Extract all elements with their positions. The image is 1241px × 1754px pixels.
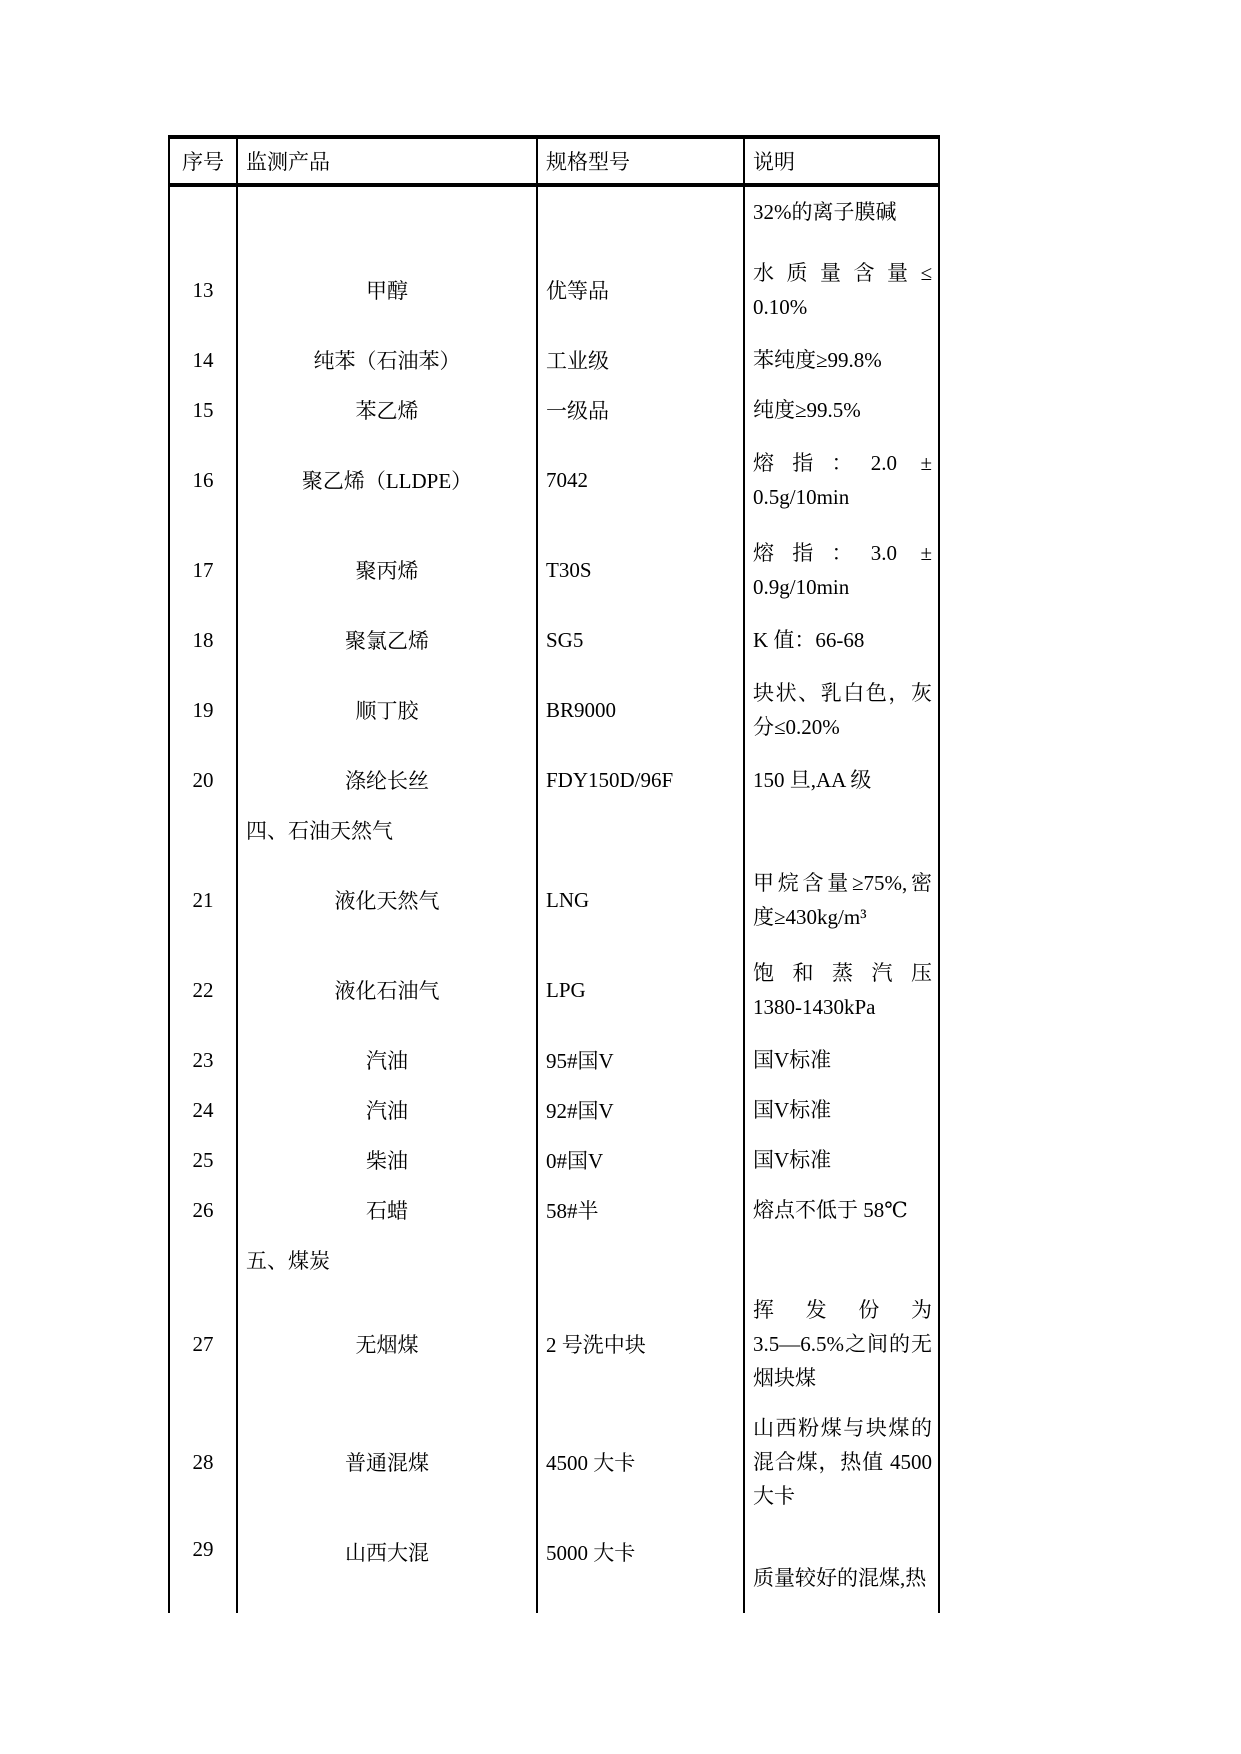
desc-line: 3.5—6.5%之间的无	[753, 1327, 932, 1361]
spec-cell: 工业级	[538, 335, 745, 385]
spec-cell: 2 号洗中块	[538, 1285, 745, 1403]
desc-line: 国V标准	[753, 1043, 932, 1077]
product-cell: 石蜡	[238, 1185, 538, 1235]
spec-cell: 92#国V	[538, 1085, 745, 1135]
desc-line: 纯度≥99.5%	[753, 393, 932, 427]
desc-line: 烟块煤	[753, 1361, 932, 1395]
desc-line: 大卡	[753, 1479, 932, 1513]
row-number-cell: 19	[168, 665, 238, 755]
desc-line: 挥发份为	[753, 1293, 932, 1327]
desc-line: 32%的离子膜碱	[753, 195, 932, 229]
row-number-cell: 14	[168, 335, 238, 385]
product-cell: 聚氯乙烯	[238, 615, 538, 665]
product-cell: 聚丙烯	[238, 525, 538, 615]
table-row: 22液化石油气LPG饱和蒸汽压1380-1430kPa	[168, 945, 940, 1035]
product-cell: 甲醇	[238, 245, 538, 335]
row-number-cell: 20	[168, 755, 238, 805]
desc-cell: 国V标准	[745, 1135, 940, 1185]
desc-line: 0.9g/10min	[753, 570, 932, 604]
row-number-cell: 16	[168, 435, 238, 525]
desc-cell: K 值：66-68	[745, 615, 940, 665]
row-number-cell: 17	[168, 525, 238, 615]
header-cell-product: 监测产品	[238, 139, 538, 183]
table-row: 21液化天然气LNG甲烷含量≥75%,密度≥430kg/m³	[168, 855, 940, 945]
spec-cell: T30S	[538, 525, 745, 615]
desc-line: 国V标准	[753, 1093, 932, 1127]
table-row: 27无烟煤2 号洗中块挥发份为3.5—6.5%之间的无烟块煤	[168, 1285, 940, 1403]
spec-cell	[538, 805, 745, 855]
desc-line: 熔点不低于 58℃	[753, 1193, 932, 1227]
desc-cell: 饱和蒸汽压1380-1430kPa	[745, 945, 940, 1035]
row-number-cell	[168, 187, 238, 245]
header-cell-spec: 规格型号	[538, 139, 745, 183]
product-cell: 柴油	[238, 1135, 538, 1185]
product-cell: 苯乙烯	[238, 385, 538, 435]
row-number-cell: 29	[168, 1521, 238, 1613]
desc-cell: 甲烷含量≥75%,密度≥430kg/m³	[745, 855, 940, 945]
row-number-cell: 15	[168, 385, 238, 435]
spec-cell: 5000 大卡	[538, 1521, 745, 1613]
spec-cell: 7042	[538, 435, 745, 525]
product-cell: 顺丁胶	[238, 665, 538, 755]
product-cell: 山西大混	[238, 1521, 538, 1613]
spec-cell	[538, 187, 745, 245]
product-cell: 液化石油气	[238, 945, 538, 1035]
desc-line: 0.5g/10min	[753, 480, 932, 514]
desc-line: 苯纯度≥99.8%	[753, 343, 932, 377]
table-row: 14纯苯（石油苯）工业级苯纯度≥99.8%	[168, 335, 940, 385]
desc-line: 块状、乳白色，灰	[753, 676, 932, 710]
document-page: 序号 监测产品 规格型号 说明 32%的离子膜碱13甲醇优等品水质量含量≤0.1…	[0, 0, 1241, 1754]
product-cell: 涤纶长丝	[238, 755, 538, 805]
product-cell: 聚乙烯（LLDPE）	[238, 435, 538, 525]
desc-cell: 熔指：2.0 ±0.5g/10min	[745, 435, 940, 525]
spec-cell	[538, 1235, 745, 1285]
spec-cell: 4500 大卡	[538, 1403, 745, 1521]
product-cell: 普通混煤	[238, 1403, 538, 1521]
row-number-cell: 13	[168, 245, 238, 335]
row-number-cell: 26	[168, 1185, 238, 1235]
spec-cell: LPG	[538, 945, 745, 1035]
row-number-cell: 25	[168, 1135, 238, 1185]
desc-line: 分≤0.20%	[753, 710, 932, 744]
table-row: 23汽油95#国V国V标准	[168, 1035, 940, 1085]
product-cell: 汽油	[238, 1085, 538, 1135]
row-number-cell: 21	[168, 855, 238, 945]
desc-line: 国V标准	[753, 1143, 932, 1177]
section-row: 五、煤炭	[168, 1235, 940, 1285]
table-row: 18聚氯乙烯SG5K 值：66-68	[168, 615, 940, 665]
table-row: 20涤纶长丝FDY150D/96F150 旦,AA 级	[168, 755, 940, 805]
table-row: 28普通混煤4500 大卡山西粉煤与块煤的混合煤，热值 4500大卡	[168, 1403, 940, 1521]
row-number-cell: 23	[168, 1035, 238, 1085]
desc-cell: 熔指：3.0 ±0.9g/10min	[745, 525, 940, 615]
desc-cell: 挥发份为3.5—6.5%之间的无烟块煤	[745, 1285, 940, 1403]
product-cell: 无烟煤	[238, 1285, 538, 1403]
desc-cell: 苯纯度≥99.8%	[745, 335, 940, 385]
desc-cell	[745, 805, 940, 855]
table-row: 24汽油92#国V国V标准	[168, 1085, 940, 1135]
spec-cell: 58#半	[538, 1185, 745, 1235]
spec-cell: 95#国V	[538, 1035, 745, 1085]
desc-cell: 32%的离子膜碱	[745, 187, 940, 245]
table-row: 32%的离子膜碱	[168, 187, 940, 245]
desc-line: 水质量含量≤	[753, 256, 932, 290]
desc-cell: 国V标准	[745, 1035, 940, 1085]
spec-cell: 优等品	[538, 245, 745, 335]
spec-cell: BR9000	[538, 665, 745, 755]
row-number-cell: 24	[168, 1085, 238, 1135]
desc-cell	[745, 1235, 940, 1285]
table-row: 13甲醇优等品水质量含量≤0.10%	[168, 245, 940, 335]
product-cell: 液化天然气	[238, 855, 538, 945]
row-number-cell	[168, 805, 238, 855]
spec-cell: LNG	[538, 855, 745, 945]
desc-line: K 值：66-68	[753, 623, 932, 657]
desc-line: 熔指：3.0 ±	[753, 536, 932, 570]
row-number-cell	[168, 1235, 238, 1285]
desc-line: 混合煤，热值 4500	[753, 1445, 932, 1479]
spec-cell: SG5	[538, 615, 745, 665]
table-header: 序号 监测产品 规格型号 说明	[168, 135, 940, 187]
desc-line: 质量较好的混煤,热	[753, 1561, 932, 1595]
table-row: 19顺丁胶BR9000块状、乳白色，灰分≤0.20%	[168, 665, 940, 755]
product-cell: 纯苯（石油苯）	[238, 335, 538, 385]
row-number-cell: 27	[168, 1285, 238, 1403]
product-cell: 汽油	[238, 1035, 538, 1085]
table-body: 32%的离子膜碱13甲醇优等品水质量含量≤0.10%14纯苯（石油苯）工业级苯纯…	[168, 187, 940, 1613]
product-cell	[238, 187, 538, 245]
table-row: 26石蜡58#半熔点不低于 58℃	[168, 1185, 940, 1235]
desc-cell: 质量较好的混煤,热	[745, 1521, 940, 1613]
desc-cell: 熔点不低于 58℃	[745, 1185, 940, 1235]
desc-line: 饱和蒸汽压	[753, 956, 932, 990]
table-row: 17聚丙烯T30S熔指：3.0 ±0.9g/10min	[168, 525, 940, 615]
desc-line: 甲烷含量≥75%,密	[753, 866, 932, 900]
table-row: 15苯乙烯一级品纯度≥99.5%	[168, 385, 940, 435]
spec-cell: 一级品	[538, 385, 745, 435]
spec-cell: FDY150D/96F	[538, 755, 745, 805]
table-row: 25柴油0#国V国V标准	[168, 1135, 940, 1185]
section-label: 四、石油天然气	[238, 805, 538, 855]
desc-line: 度≥430kg/m³	[753, 900, 932, 934]
header-cell-desc: 说明	[745, 139, 940, 183]
desc-line: 山西粉煤与块煤的	[753, 1411, 932, 1445]
desc-cell: 150 旦,AA 级	[745, 755, 940, 805]
section-label: 五、煤炭	[238, 1235, 538, 1285]
row-number-cell: 18	[168, 615, 238, 665]
desc-line: 0.10%	[753, 290, 932, 324]
desc-cell: 块状、乳白色，灰分≤0.20%	[745, 665, 940, 755]
header-cell-no: 序号	[168, 139, 238, 183]
desc-cell: 纯度≥99.5%	[745, 385, 940, 435]
table-row: 29山西大混5000 大卡质量较好的混煤,热	[168, 1521, 940, 1613]
row-number-cell: 28	[168, 1403, 238, 1521]
row-number-cell: 22	[168, 945, 238, 1035]
table-row: 16聚乙烯（LLDPE）7042熔指：2.0 ±0.5g/10min	[168, 435, 940, 525]
desc-line: 150 旦,AA 级	[753, 763, 932, 797]
spec-cell: 0#国V	[538, 1135, 745, 1185]
desc-cell: 水质量含量≤0.10%	[745, 245, 940, 335]
products-table: 序号 监测产品 规格型号 说明 32%的离子膜碱13甲醇优等品水质量含量≤0.1…	[168, 135, 940, 1613]
desc-cell: 山西粉煤与块煤的混合煤，热值 4500大卡	[745, 1403, 940, 1521]
desc-line: 1380-1430kPa	[753, 990, 932, 1024]
section-row: 四、石油天然气	[168, 805, 940, 855]
desc-line: 熔指：2.0 ±	[753, 446, 932, 480]
desc-cell: 国V标准	[745, 1085, 940, 1135]
